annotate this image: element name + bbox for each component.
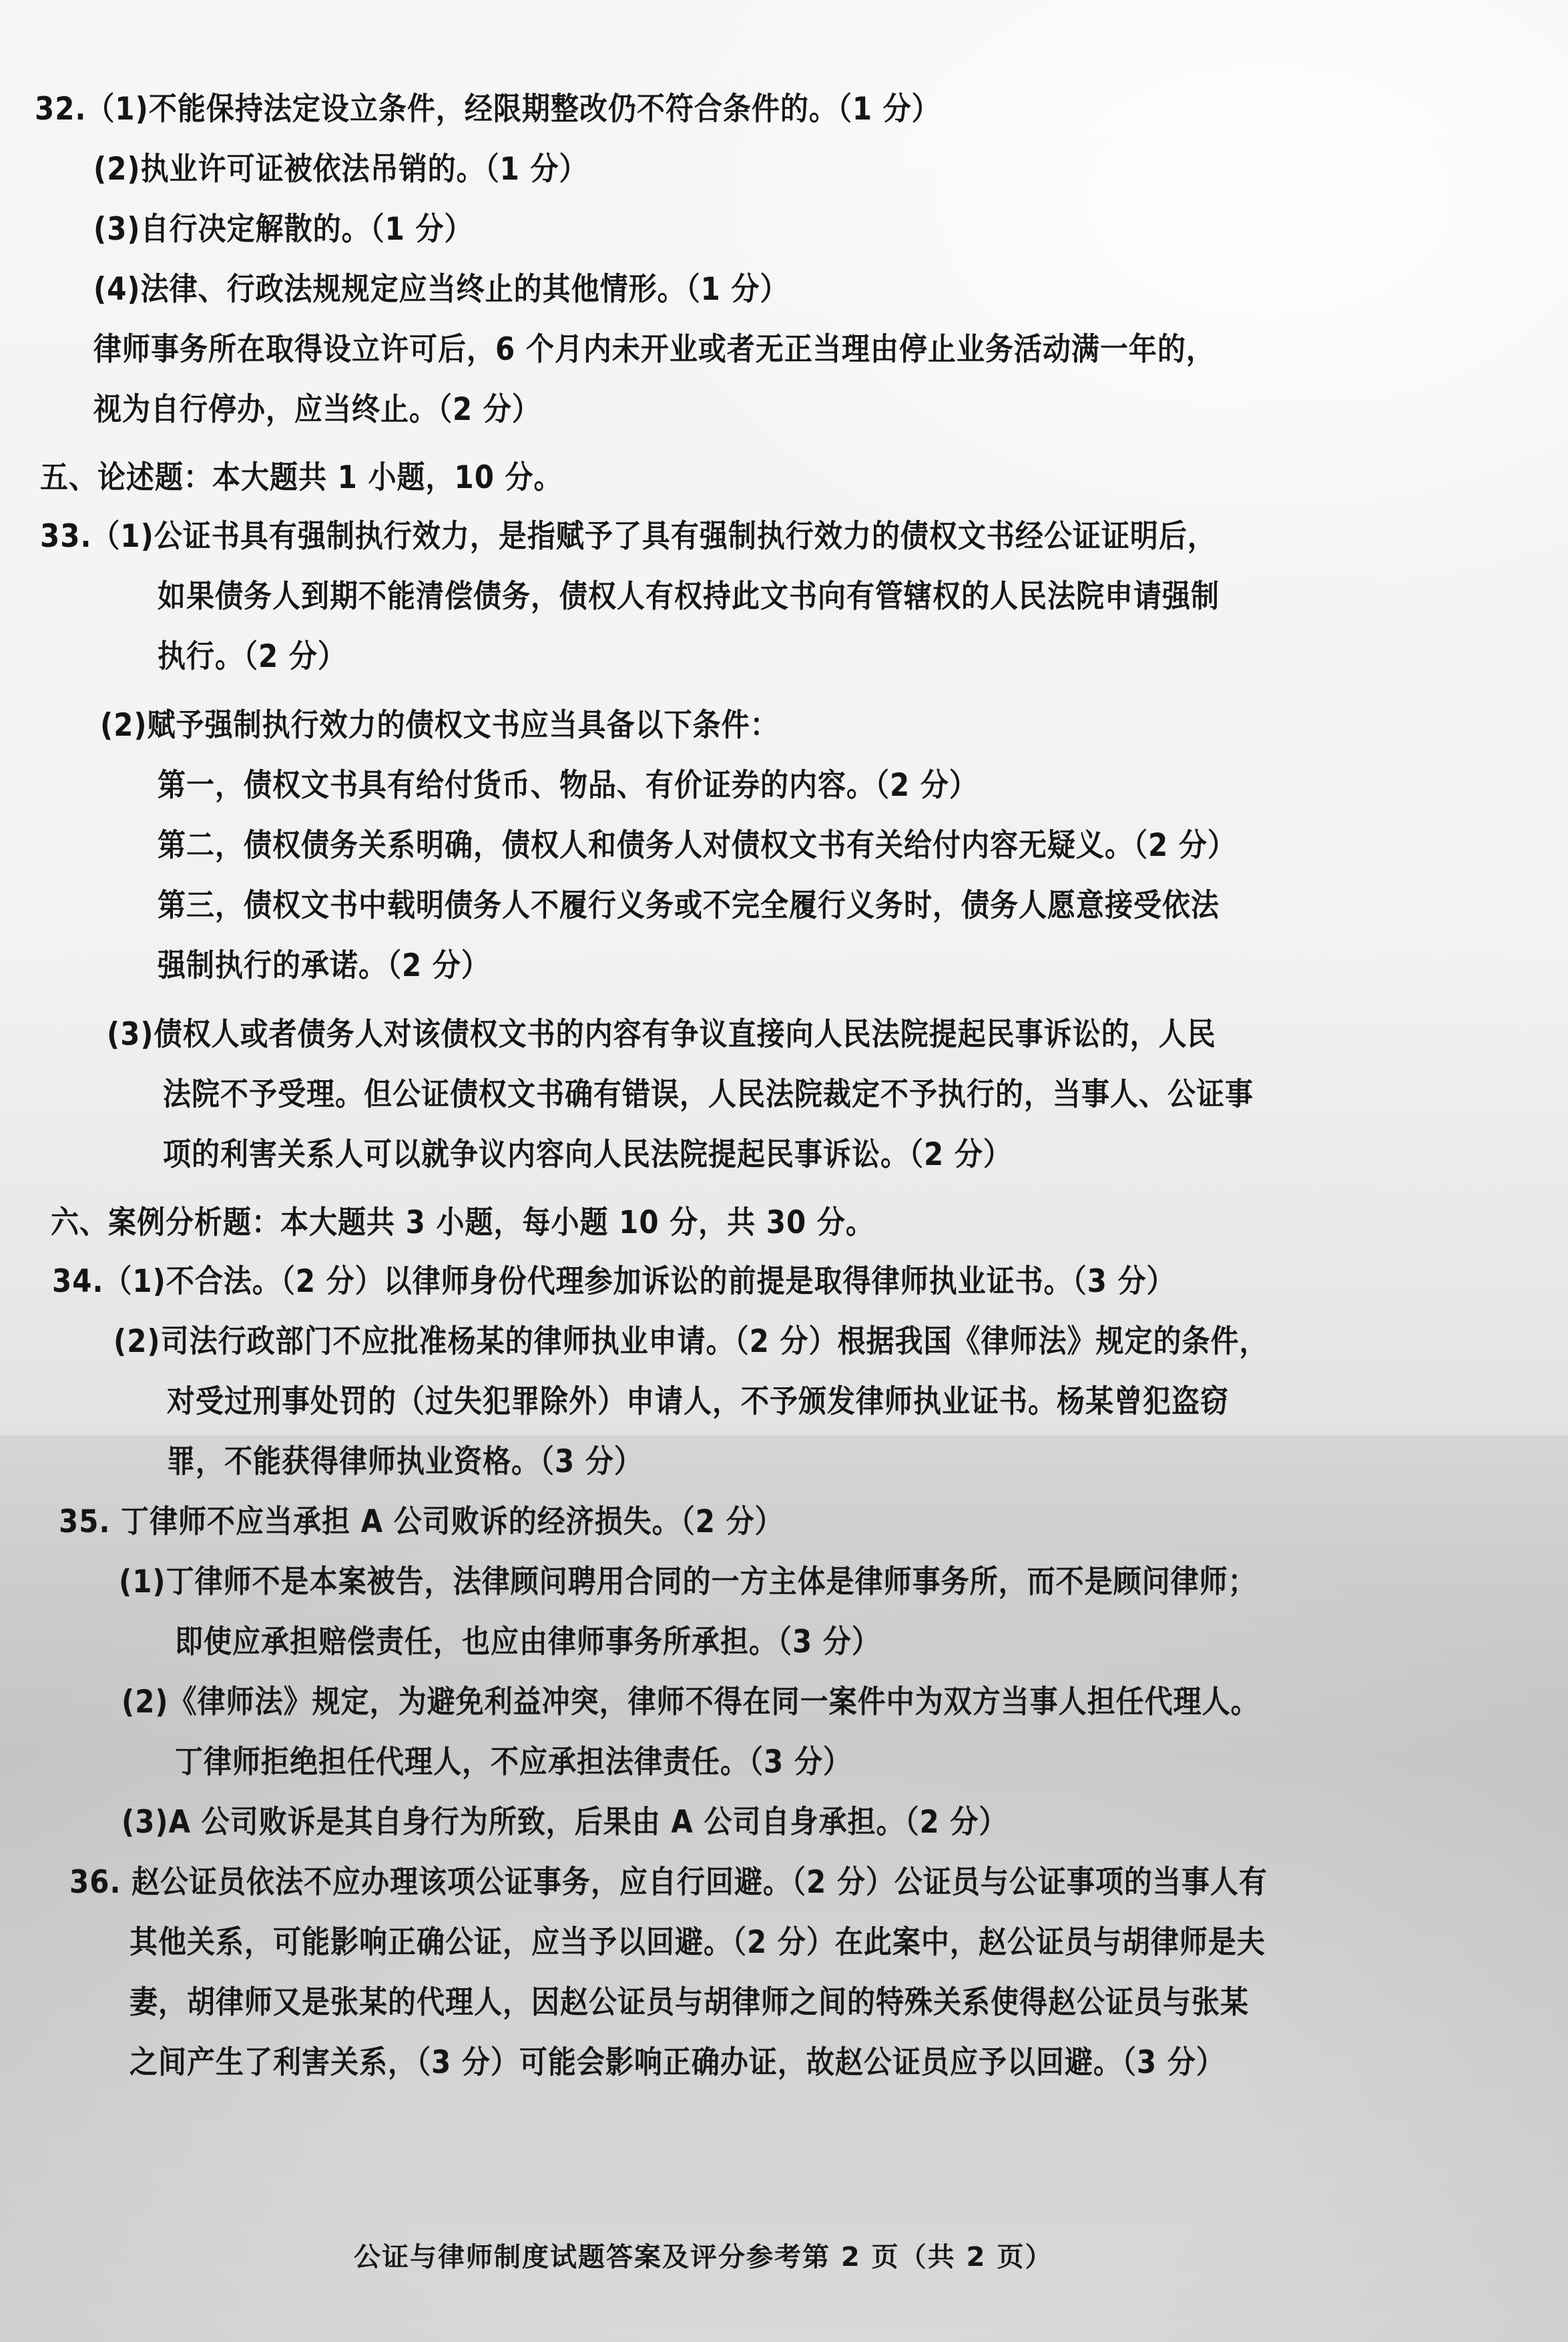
q33-line-1: 33.（1)公证书具有强制执行效力，是指赋予了具有强制执行效力的债权文书经公证证… [40, 515, 1216, 557]
q35-line-6: (3)A 公司败诉是其自身行为所致，后果由 A 公司自身承担。（2 分） [121, 1801, 1007, 1843]
q34-line-4: 罪，不能获得律师执业资格。（3 分） [167, 1441, 643, 1483]
q33-line-4: (2)赋予强制执行效力的债权文书应当具备以下条件： [100, 704, 779, 746]
q32-item-1: 32.（1)不能保持法定设立条件，经限期整改仍不符合条件的。（1 分） [35, 88, 941, 130]
q35-line-2: (1)丁律师不是本案被告，法律顾问聘用合同的一方主体是律师事务所，而不是顾问律师… [119, 1561, 1257, 1603]
q35-line-5: 丁律师拒绝担任代理人，不应承担法律责任。（3 分） [175, 1741, 852, 1783]
section-6-heading: 六、案例分析题：本大题共 3 小题，每小题 10 分，共 30 分。 [51, 1202, 874, 1244]
q35-line-1: 35. 丁律师不应当承担 A 公司败诉的经济损失。（2 分） [59, 1501, 784, 1543]
q32-note-line-2: 视为自行停办，应当终止。（2 分） [93, 389, 541, 431]
q35-line-3: 即使应承担赔偿责任，也应由律师事务所承担。（3 分） [175, 1621, 880, 1663]
q35-line-4: (2)《律师法》规定，为避免利益冲突，律师不得在同一案件中为双方当事人担任代理人… [121, 1681, 1260, 1723]
q33-condition-2: 第二，债权债务关系明确，债权人和债务人对债权文书有关给付内容无疑义。（2 分） [158, 825, 1236, 867]
q33-condition-1: 第一，债权文书具有给付货币、物品、有价证券的内容。（2 分） [158, 764, 978, 806]
q33-line-3: 执行。（2 分） [158, 636, 346, 678]
q33-line-9: (3)债权人或者债务人对该债权文书的内容有争议直接向人民法院提起民事诉讼的，人民 [107, 1013, 1216, 1056]
q34-line-2: (2)司法行政部门不应批准杨某的律师执业申请。（2 分）根据我国《律师法》规定的… [113, 1321, 1268, 1363]
q33-line-10: 法院不予受理。但公证债权文书确有错误，人民法院裁定不予执行的，当事人、公证事 [163, 1074, 1254, 1116]
q36-line-4: 之间产生了利害关系，（3 分）可能会影响正确办证，故赵公证员应予以回避。（3 分… [129, 2042, 1225, 2084]
q36-line-2: 其他关系，可能影响正确公证，应当予以回避。（2 分）在此案中，赵公证员与胡律师是… [129, 1921, 1266, 1963]
q33-condition-3-line-1: 第三，债权文书中载明债务人不履行义务或不完全履行义务时，债务人愿意接受依法 [158, 885, 1220, 927]
page-footer: 公证与律师制度试题答案及评分参考第 2 页（共 2 页） [354, 2240, 1053, 2275]
q32-note-line-1: 律师事务所在取得设立许可后，6 个月内未开业或者无正当理由停止业务活动满一年的， [93, 328, 1215, 371]
q33-condition-3-line-2: 强制执行的承诺。（2 分） [158, 945, 490, 987]
section-5-heading: 五、论述题：本大题共 1 小题，10 分。 [40, 457, 563, 499]
q36-line-3: 妻，胡律师又是张某的代理人，因赵公证员与胡律师之间的特殊关系使得赵公证员与张某 [129, 1981, 1249, 2024]
q32-item-3: (3)自行决定解散的。（1 分） [93, 208, 473, 250]
q32-item-4: (4)法律、行政法规规定应当终止的其他情形。（1 分） [93, 268, 788, 310]
q32-item-2: (2)执业许可证被依法吊销的。（1 分） [93, 148, 587, 190]
q33-line-11: 项的利害关系人可以就争议内容向人民法院提起民事诉讼。（2 分） [163, 1134, 1012, 1176]
q33-line-2: 如果债务人到期不能清偿债务，债权人有权持此文书向有管辖权的人民法院申请强制 [158, 575, 1220, 618]
q34-line-1: 34.（1)不合法。（2 分）以律师身份代理参加诉讼的前提是取得律师执业证书。（… [52, 1260, 1175, 1303]
q36-line-1: 36. 赵公证员依法不应办理该项公证事务，应自行回避。（2 分）公证员与公证事项… [69, 1861, 1268, 1903]
q34-line-3: 对受过刑事处罚的（过失犯罪除外）申请人，不予颁发律师执业证书。杨某曾犯盗窃 [167, 1381, 1229, 1423]
